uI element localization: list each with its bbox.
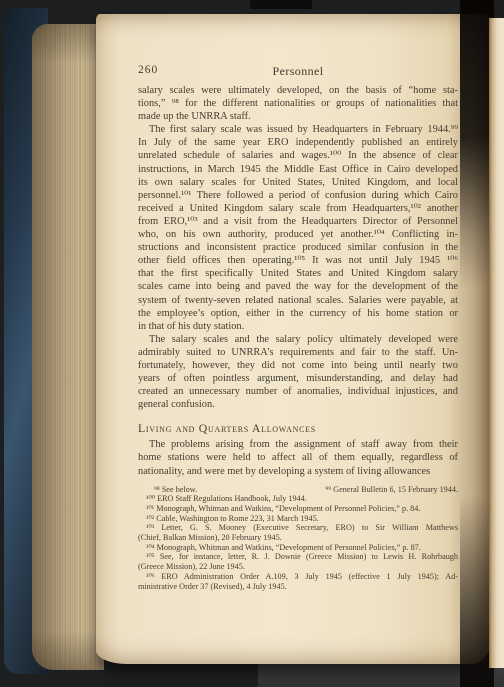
text-line: home stations were held to affect all of… xyxy=(138,451,458,464)
text-line: instructions, in March 1945 the Middle E… xyxy=(138,163,458,176)
text-line: scales came into being and paved the way… xyxy=(138,280,458,293)
text-line: In July of the same year ERO independent… xyxy=(138,136,458,149)
text-line: received a United Kingdom salary scale f… xyxy=(138,202,458,215)
footnotes: ⁹⁸ See below.⁹⁹ General Bulletin 6, 15 F… xyxy=(138,485,458,592)
text-line: years of often pointless argument, misun… xyxy=(138,372,458,385)
text-line: ⁹⁸ See below.⁹⁹ General Bulletin 6, 15 F… xyxy=(138,485,458,495)
scanned-book-photo: { "page": { "number": "260", "running_he… xyxy=(0,0,504,687)
paragraph: ¹⁰⁰ ERO Staff Regulations Handbook, July… xyxy=(138,494,458,504)
paragraph: The salary scales and the salary policy … xyxy=(138,333,458,412)
text-line: created an unnecessary number of anomali… xyxy=(138,385,458,398)
text-line: The salary scales and the salary policy … xyxy=(138,333,458,346)
photo-background: 260 Personnel salary scales were ultimat… xyxy=(0,0,504,687)
text-line: The problems arising from the assignment… xyxy=(138,438,458,451)
paragraph: ¹⁰⁴ Monograph, Whitman and Watkins, “Dev… xyxy=(138,543,458,553)
paragraph: ¹⁰² Cable, Washington to Rome 223, 31 Ma… xyxy=(138,514,458,524)
text-line: The first salary scale was issued by Hea… xyxy=(138,123,458,136)
page-text: 260 Personnel salary scales were ultimat… xyxy=(138,64,458,591)
text-line: salary scales were ultimately developed,… xyxy=(138,84,458,97)
text-line: (Chief, Balkan Mission), 20 February 194… xyxy=(138,533,458,543)
text-line: fortunately, however, they did not come … xyxy=(138,359,458,372)
text-line: who, on his own authority, produced yet … xyxy=(138,228,458,241)
paragraph: The problems arising from the assignment… xyxy=(138,438,458,477)
text-line: ¹⁰² Cable, Washington to Rome 223, 31 Ma… xyxy=(138,514,458,524)
facing-page-edge xyxy=(489,18,504,668)
paragraph: ¹⁰³ Letter, G. S. Mooney (Executive Secr… xyxy=(138,523,458,542)
text-line: ¹⁰³ Letter, G. S. Mooney (Executive Secr… xyxy=(138,523,458,533)
text-line: tions,” ⁹⁸ for the different nationaliti… xyxy=(138,97,458,110)
page-header: 260 Personnel xyxy=(138,64,458,79)
text-line: ¹⁰⁴ Monograph, Whitman and Watkins, “Dev… xyxy=(138,543,458,553)
text-line: the employee’s option, either in the cur… xyxy=(138,307,458,320)
paragraph: ¹⁰⁶ ERO Administration Order A.109, 3 Ju… xyxy=(138,572,458,591)
paragraph: salary scales were ultimately developed,… xyxy=(138,84,458,123)
background-shadow xyxy=(250,0,312,9)
text-line: from ERO,¹⁰³ and a visit from the Headqu… xyxy=(138,215,458,228)
text-line: nationality, and were met by developing … xyxy=(138,465,458,478)
paragraph: ¹⁰¹ Monograph, Whitman and Watkins, “Dev… xyxy=(138,504,458,514)
footnote-segment: ⁹⁹ General Bulletin 6, 15 February 1944. xyxy=(317,485,458,495)
footnote-segment: ⁹⁸ See below. xyxy=(138,485,197,495)
text-line: personnel.¹⁰¹ There followed a period of… xyxy=(138,189,458,202)
text-line: ¹⁰¹ Monograph, Whitman and Watkins, “Dev… xyxy=(138,504,458,514)
paragraph: ¹⁰⁵ See, for instance, letter, R. J. Dow… xyxy=(138,552,458,571)
text-line: ¹⁰⁵ See, for instance, letter, R. J. Dow… xyxy=(138,552,458,562)
text-line: (Greece Mission), 22 June 1945. xyxy=(138,562,458,572)
text-line: made up the UNRRA staff. xyxy=(138,110,458,123)
text-line: its own salary scales for United States,… xyxy=(138,176,458,189)
text-line: general confusion. xyxy=(138,398,458,411)
text-line: other field offices then operating.¹⁰⁵ I… xyxy=(138,254,458,267)
paragraph: The first salary scale was issued by Hea… xyxy=(138,123,458,333)
text-line: ministrative Order 37 (Revised), 4 July … xyxy=(138,582,458,592)
text-line: structions and inconsistent practice pro… xyxy=(138,241,458,254)
body-paragraphs: salary scales were ultimately developed,… xyxy=(138,84,458,411)
text-line: that the first specifically United State… xyxy=(138,267,458,280)
text-line: unrelated schedule of salaries and wages… xyxy=(138,149,458,162)
page-edges-shading xyxy=(32,24,104,670)
text-line: in that of his duty station. xyxy=(138,320,458,333)
section-heading: Living and Quarters Allowances xyxy=(138,421,458,435)
section-paragraphs: The problems arising from the assignment… xyxy=(138,438,458,477)
text-line: system of twenty-seven related national … xyxy=(138,294,458,307)
text-line: admirably suited to UNRRA’s requirements… xyxy=(138,346,458,359)
paragraph: ⁹⁸ See below.⁹⁹ General Bulletin 6, 15 F… xyxy=(138,485,458,495)
running-head: Personnel xyxy=(138,64,458,79)
text-line: ¹⁰⁰ ERO Staff Regulations Handbook, July… xyxy=(138,494,458,504)
text-line: ¹⁰⁶ ERO Administration Order A.109, 3 Ju… xyxy=(138,572,458,582)
